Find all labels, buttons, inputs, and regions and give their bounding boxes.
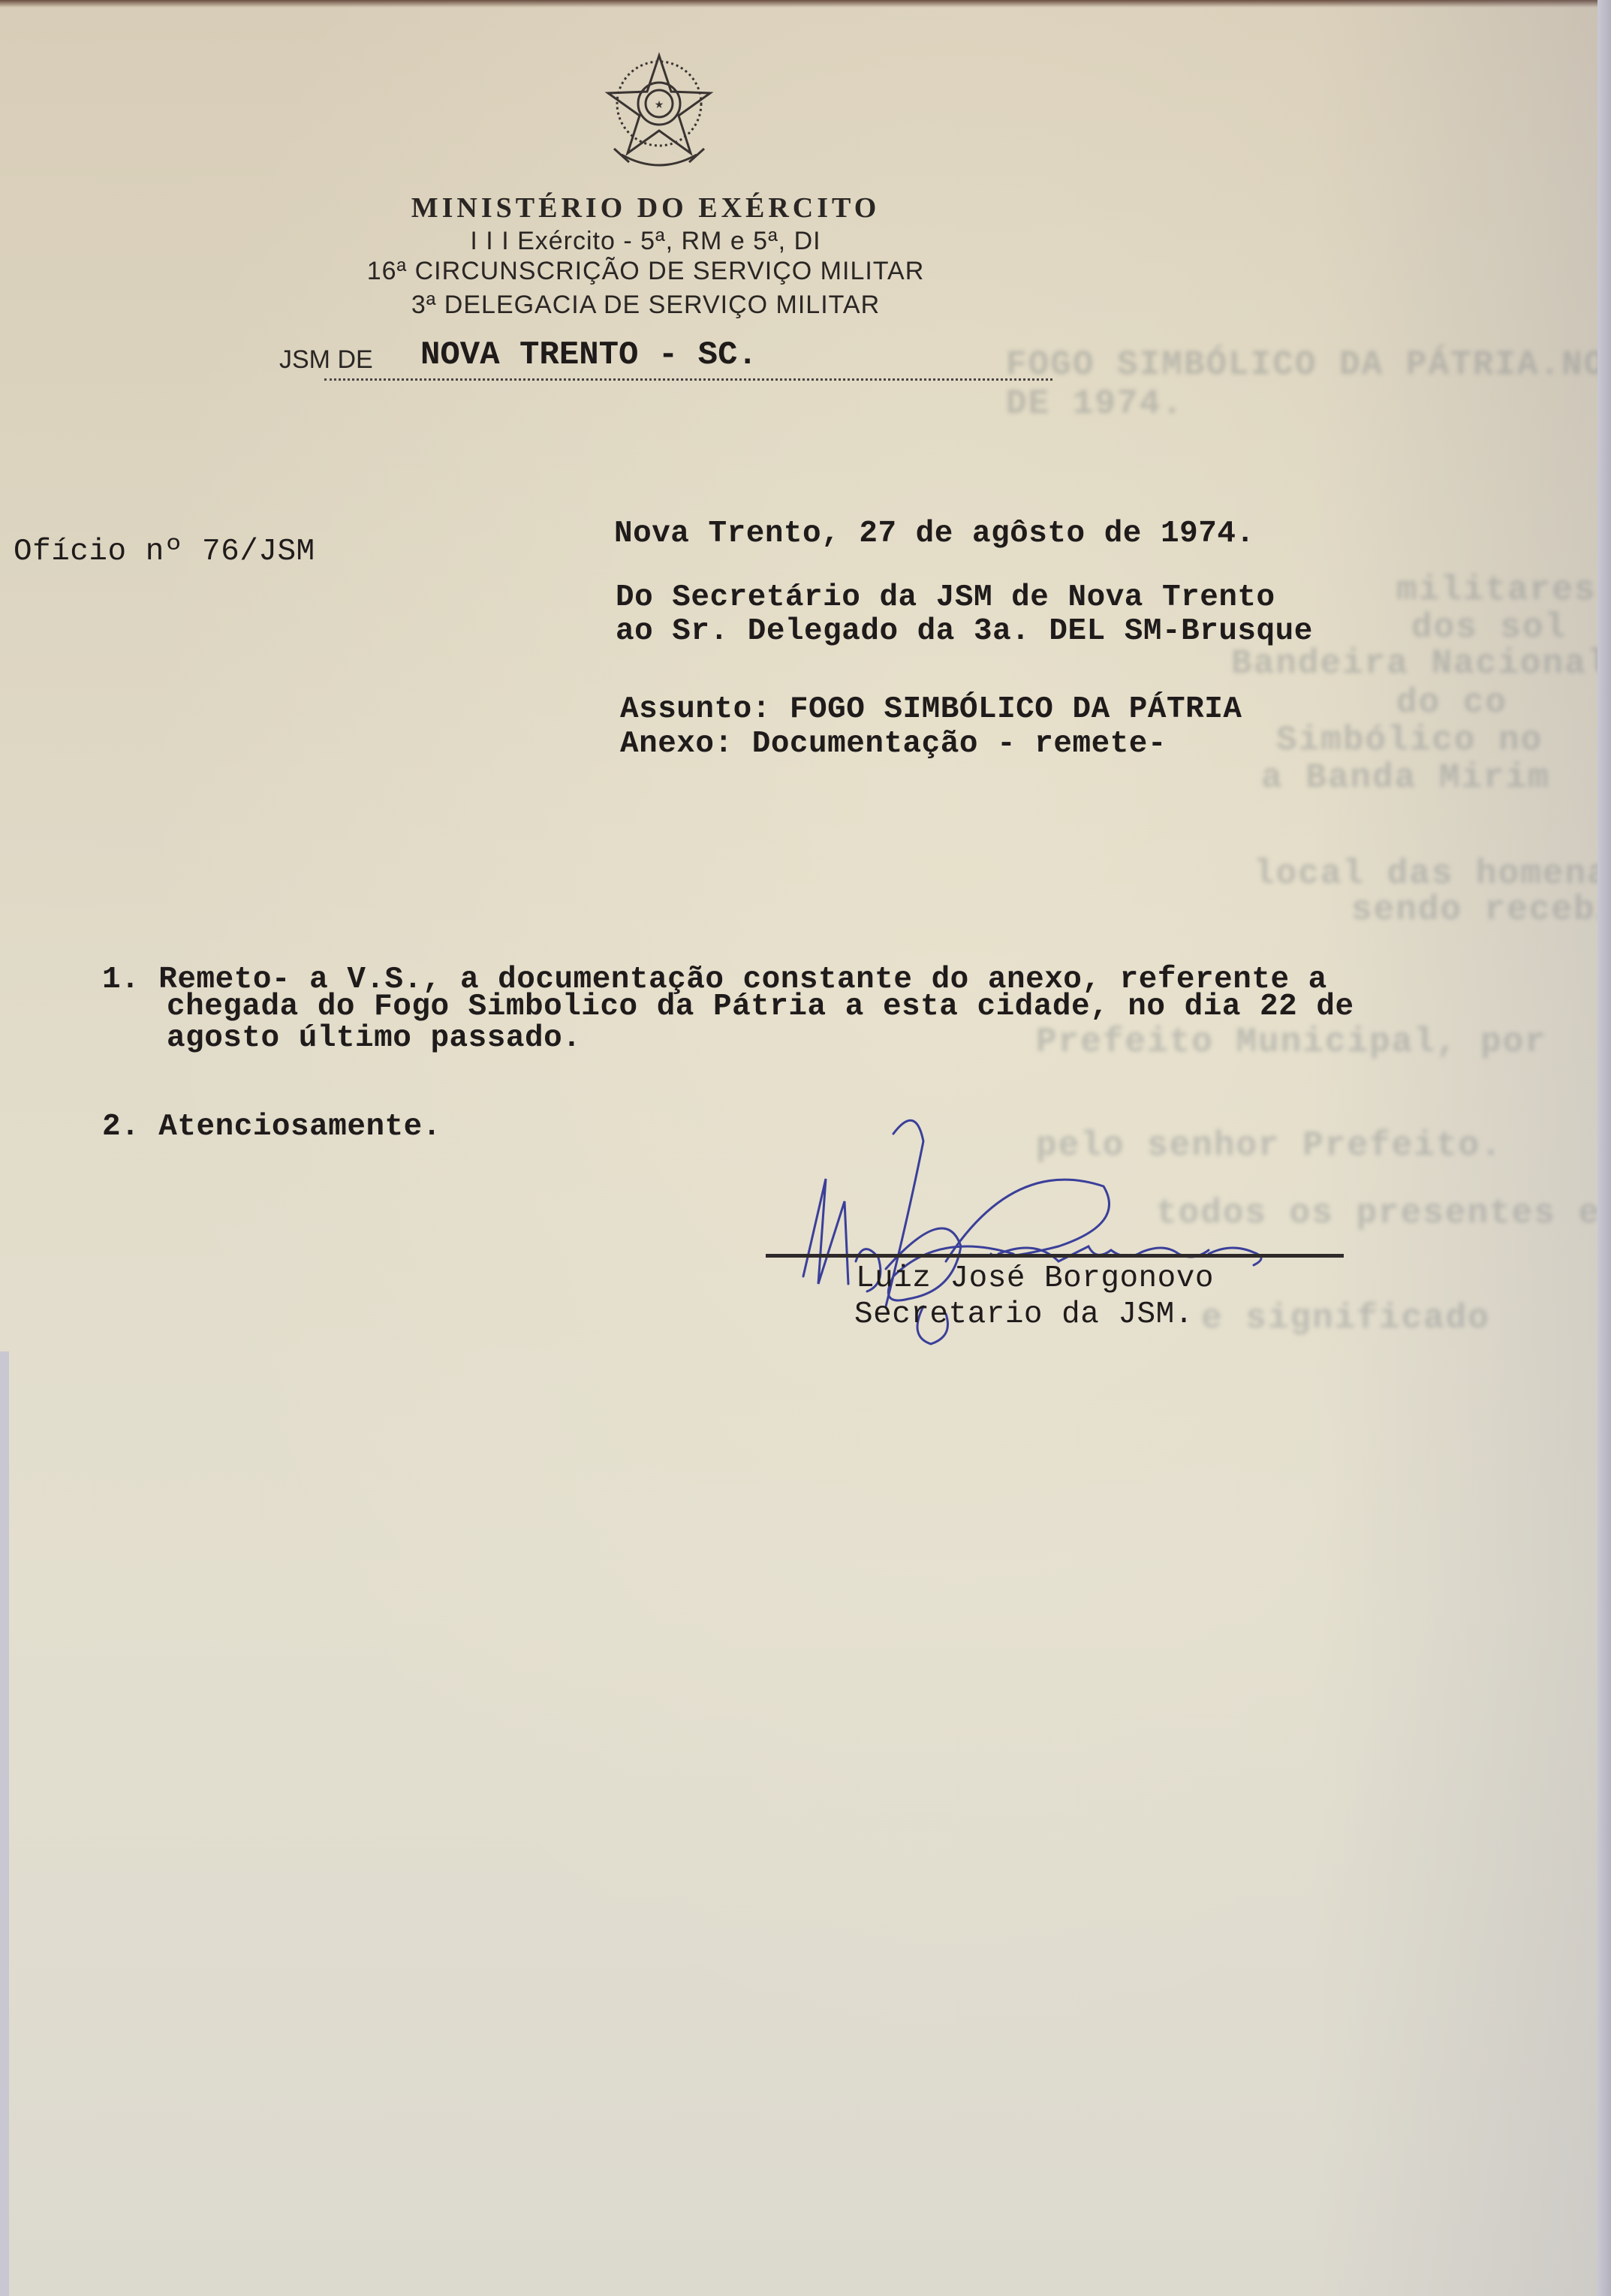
bleed-through-text: Prefeito Municipal, por bbox=[1036, 1023, 1547, 1062]
page-edge-left bbox=[0, 1351, 9, 2296]
letterhead-line: I I I Exército - 5ª, RM e 5ª, DI bbox=[0, 227, 1291, 256]
paragraph-1-line: agosto último passado. bbox=[167, 1021, 581, 1056]
bleed-through-text: dos sol bbox=[1411, 608, 1567, 647]
bleed-through-text: FOGO SIMBÓLICO DA PÁTRIA.NO bbox=[1006, 345, 1606, 384]
signatory-name: Luiz José Borgonovo bbox=[856, 1261, 1214, 1296]
svg-text:★: ★ bbox=[655, 98, 664, 110]
jsm-value: NOVA TRENTO - SC. bbox=[420, 336, 757, 374]
brazil-coat-of-arms-icon: ★ bbox=[599, 50, 719, 177]
ministry-title: MINISTÉRIO DO EXÉRCITO bbox=[0, 191, 1291, 224]
jsm-dotted-line bbox=[324, 378, 1052, 381]
oficio-number: Ofício nº 76/JSM bbox=[14, 535, 315, 569]
letterhead-line: 3ª DELEGACIA DE SERVIÇO MILITAR bbox=[0, 291, 1291, 320]
paragraph-1-line: chegada do Fogo Simbolico da Pátria a es… bbox=[167, 990, 1354, 1024]
bleed-through-text: sendo recebido bbox=[1351, 890, 1611, 930]
bleed-through-text: local das homena- bbox=[1254, 854, 1611, 893]
recipient-line: ao Sr. Delegado da 3a. DEL SM-Brusque bbox=[616, 614, 1313, 649]
jsm-label: JSM DE bbox=[279, 345, 373, 375]
bleed-through-text: do co bbox=[1396, 683, 1507, 722]
signature-line bbox=[766, 1254, 1344, 1258]
bleed-through-text: DE 1974. bbox=[1006, 384, 1184, 423]
document-page: FOGO SIMBÓLICO DA PÁTRIA.NO DE 1974. mil… bbox=[0, 0, 1597, 2296]
subject-line: Assunto: FOGO SIMBÓLICO DA PÁTRIA bbox=[620, 692, 1242, 727]
sender-line: Do Secretário da JSM de Nova Trento bbox=[616, 580, 1275, 615]
signatory-title: Secretario da JSM. bbox=[854, 1297, 1194, 1332]
letterhead-line: 16ª CIRCUNSCRIÇÃO DE SERVIÇO MILITAR bbox=[0, 257, 1291, 286]
bleed-through-text: Simbólico no bbox=[1276, 721, 1543, 760]
paragraph-2: 2. Atenciosamente. bbox=[102, 1110, 441, 1144]
page-top-shadow bbox=[0, 0, 1597, 8]
annex-line: Anexo: Documentação - remete- bbox=[620, 727, 1167, 761]
bleed-through-text: Bandeira Nacional bbox=[1231, 644, 1609, 683]
bleed-through-text: militares bbox=[1396, 571, 1596, 610]
page-edge-right bbox=[1597, 0, 1611, 2296]
bleed-through-text: a Banda Mirim bbox=[1261, 758, 1550, 797]
place-date: Nova Trento, 27 de agôsto de 1974. bbox=[614, 517, 1255, 551]
